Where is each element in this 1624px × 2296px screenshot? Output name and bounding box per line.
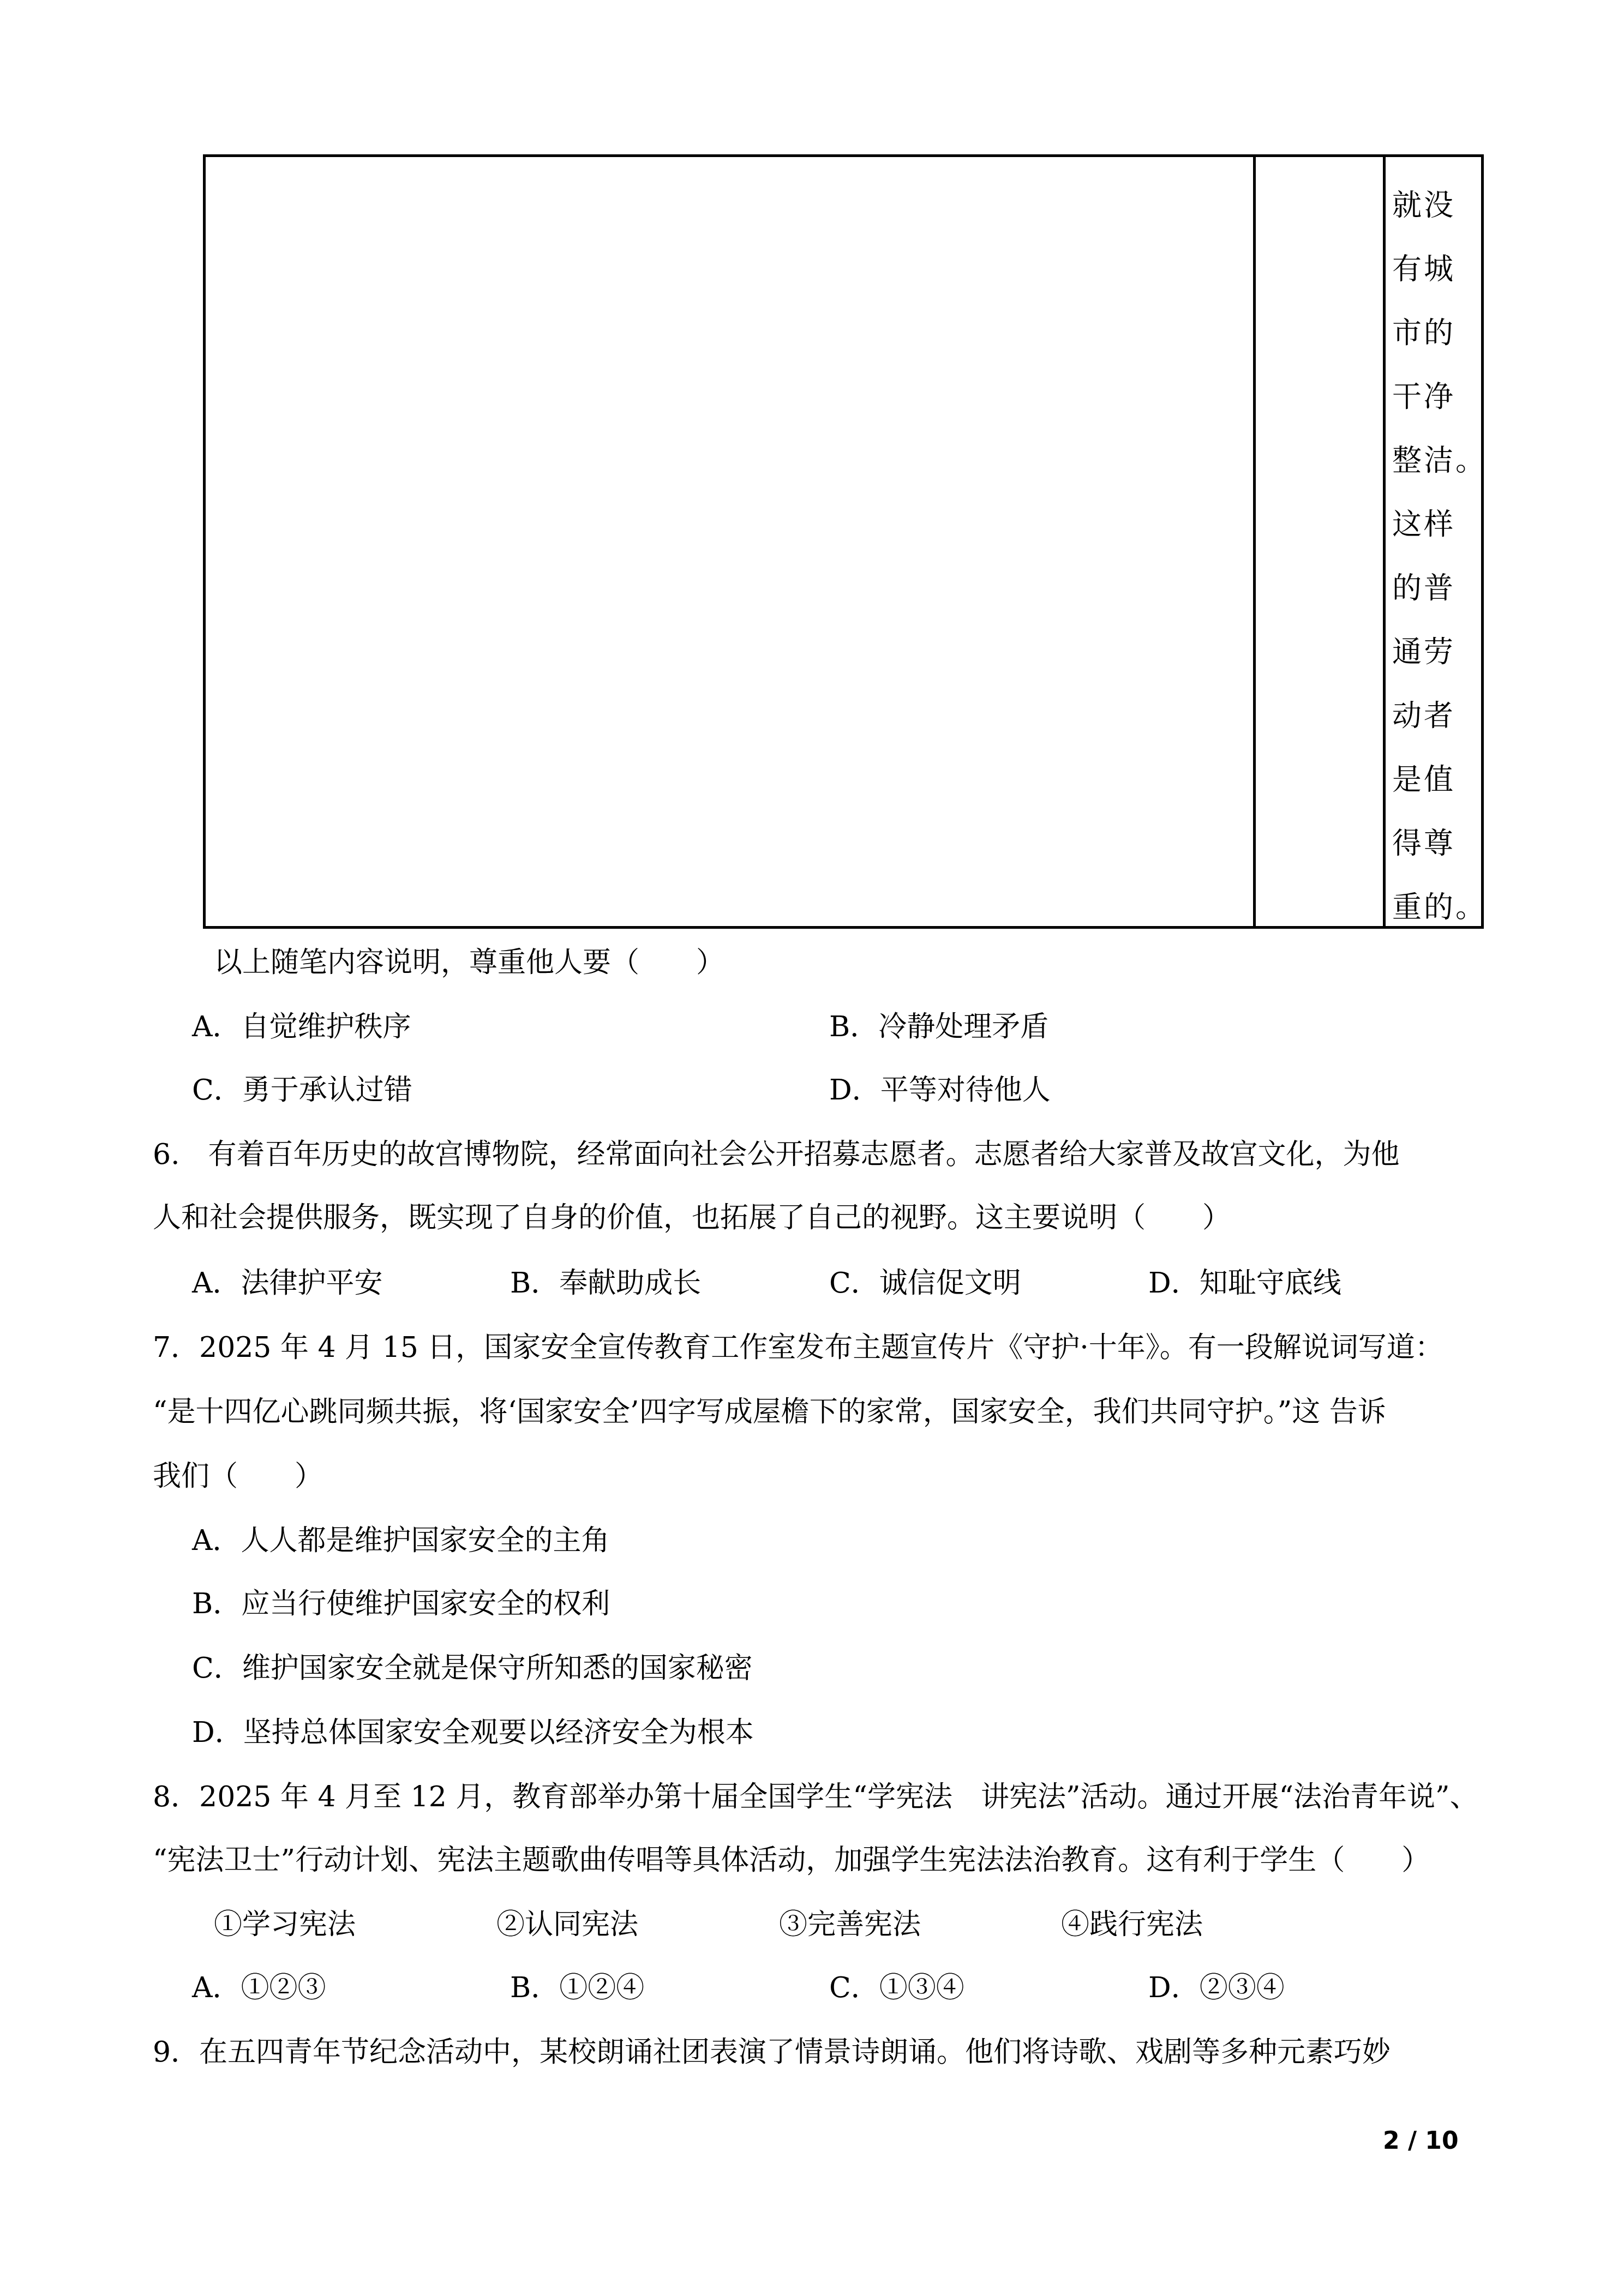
question-5-option-d[interactable]: D．平等对待他人: [829, 1071, 1051, 1109]
table-text-line: 这样: [1392, 492, 1479, 556]
question-7-option-d[interactable]: D．坚持总体国家安全观要以经济安全为根本: [192, 1714, 754, 1752]
essay-table: 就没 有城 市的 干净 整洁。 这样 的普 通劳 动者 是值 得尊 重的。: [203, 154, 1484, 929]
question-6-option-d[interactable]: D．知耻守底线: [1148, 1264, 1341, 1302]
question-8-option-b[interactable]: B．①②④: [510, 1969, 644, 2007]
question-6-option-a[interactable]: A．法律护平安: [192, 1264, 383, 1302]
table-right-column-text: 就没 有城 市的 干净 整洁。 这样 的普 通劳 动者 是值 得尊 重的。: [1392, 173, 1479, 939]
question-7-option-b[interactable]: B．应当行使维护国家安全的权利: [192, 1585, 610, 1623]
question-5-option-a[interactable]: A．自觉维护秩序: [192, 1008, 411, 1046]
question-9-stem-line-1: 9．在五四青年节纪念活动中，某校朗诵社团表演了情景诗朗诵。他们将诗歌、戏剧等多种…: [153, 2033, 1391, 2071]
page-number: 2 / 10: [1383, 2127, 1459, 2155]
question-6-option-c[interactable]: C．诚信促文明: [829, 1264, 1021, 1302]
table-text-line: 是值: [1392, 748, 1479, 812]
table-column-divider: [1253, 157, 1256, 926]
question-5-option-c[interactable]: C．勇于承认过错: [192, 1071, 412, 1109]
table-column-divider: [1383, 157, 1386, 926]
question-8-option-c[interactable]: C．①③④: [829, 1969, 964, 2007]
question-6-option-b[interactable]: B．奉献助成长: [510, 1264, 701, 1302]
question-5-stem: 以上随笔内容说明，尊重他人要（ ）: [214, 943, 724, 982]
table-text-line: 重的。: [1392, 875, 1479, 939]
question-7-stem-line-3: 我们（ ）: [153, 1457, 323, 1495]
question-8-stem-line-1: 8．2025 年 4 月至 12 月，教育部举办第十届全国学生“学宪法 讲宪法”…: [153, 1778, 1478, 1816]
question-6-stem-line-2: 人和社会提供服务，既实现了自身的价值，也拓展了自己的视野。这主要说明（ ）: [153, 1199, 1231, 1237]
question-8-item-2: ②认同宪法: [496, 1906, 638, 1944]
question-8-option-a[interactable]: A．①②③: [192, 1969, 326, 2007]
question-6-stem-line-1: 6. 有着百年历史的故宫博物院，经常面向社会公开招募志愿者。志愿者给大家普及故宫…: [153, 1135, 1400, 1174]
table-text-line: 干净: [1392, 365, 1479, 429]
question-7-stem-line-2: “是十四亿心跳同频共振，将‘国家安全’四字写成屋檐下的家常，国家安全，我们共同守…: [153, 1393, 1386, 1431]
question-7-stem-line-1: 7．2025 年 4 月 15 日，国家安全宣传教育工作室发布主题宣传片《守护·…: [153, 1329, 1443, 1367]
question-7-option-a[interactable]: A．人人都是维护国家安全的主角: [192, 1522, 610, 1560]
table-text-line: 市的: [1392, 301, 1479, 365]
table-text-line: 通劳: [1392, 620, 1479, 684]
question-8-stem-line-2: “宪法卫士”行动计划、宪法主题歌曲传唱等具体活动，加强学生宪法法治教育。这有利于…: [153, 1841, 1430, 1879]
question-8-item-1: ①学习宪法: [214, 1906, 356, 1944]
table-text-line: 得尊: [1392, 812, 1479, 875]
table-text-line: 有城: [1392, 237, 1479, 301]
table-text-line: 的普: [1392, 556, 1479, 620]
table-text-line: 动者: [1392, 684, 1479, 748]
question-5-option-b[interactable]: B．冷静处理矛盾: [829, 1008, 1048, 1046]
question-8-item-3: ③完善宪法: [779, 1906, 921, 1944]
table-text-line: 整洁。: [1392, 429, 1479, 492]
question-8-item-4: ④践行宪法: [1061, 1906, 1203, 1944]
table-text-line: 就没: [1392, 173, 1479, 237]
question-8-option-d[interactable]: D．②③④: [1148, 1969, 1285, 2007]
question-7-option-c[interactable]: C．维护国家安全就是保守所知悉的国家秘密: [192, 1649, 753, 1687]
